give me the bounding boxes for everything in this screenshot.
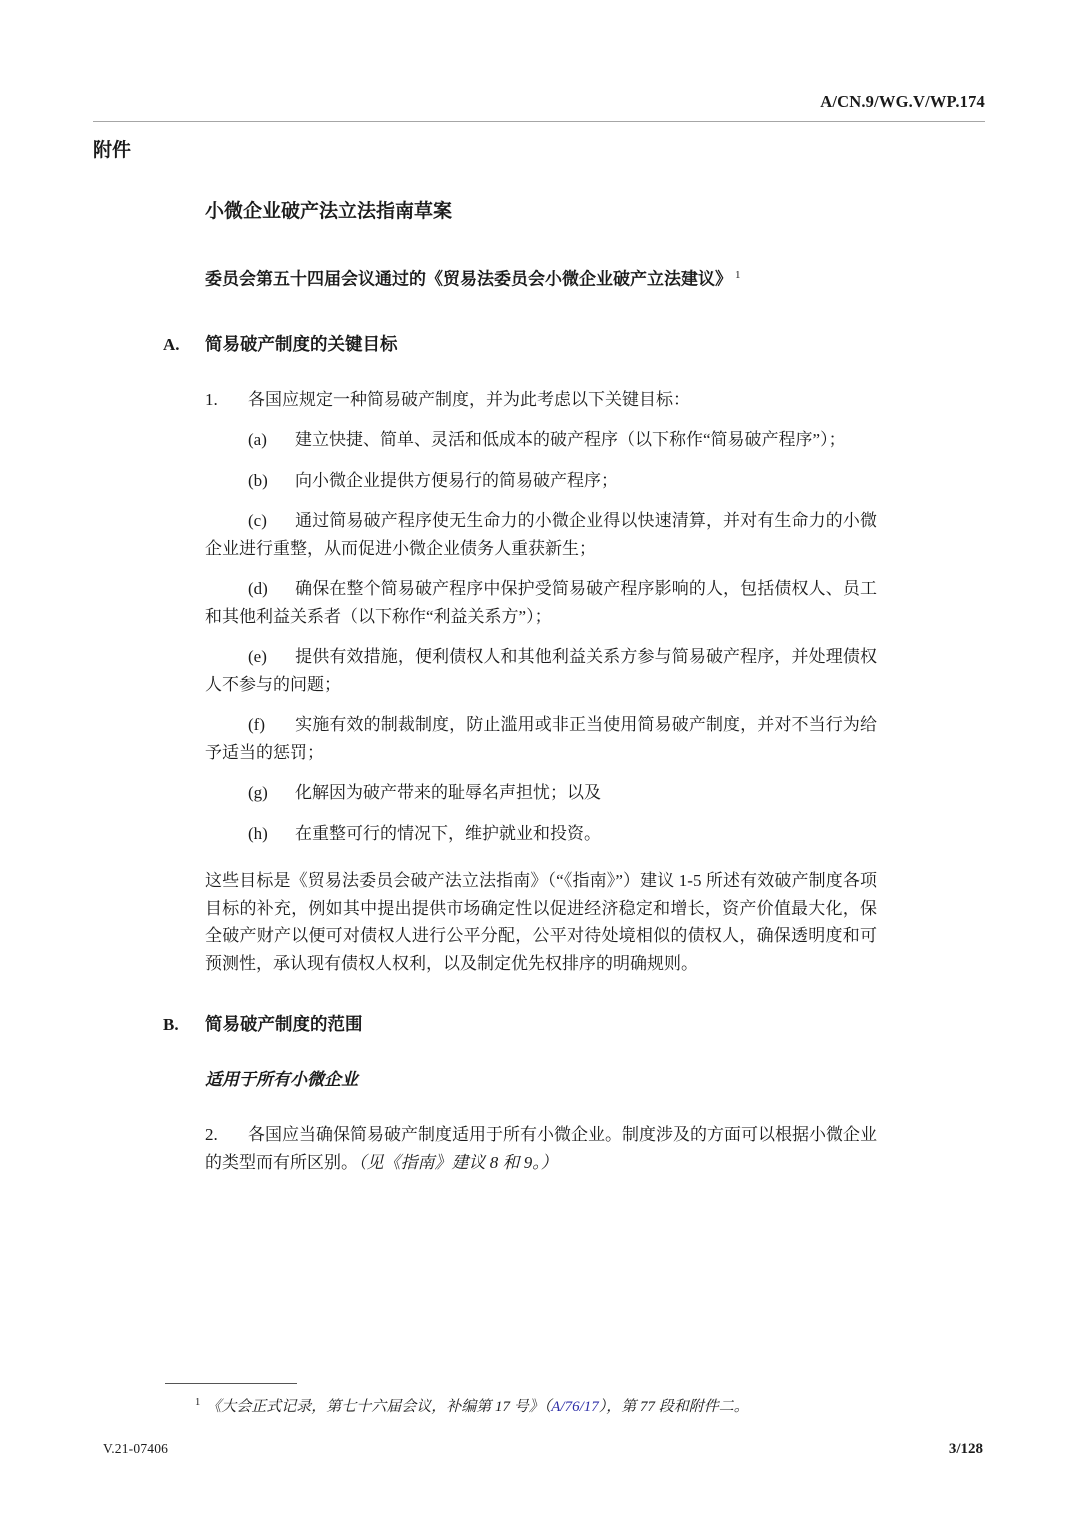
section-a-heading: A.简易破产制度的关键目标 — [205, 333, 877, 356]
footnote-text-after: ），第 77 段和附件二。 — [599, 1399, 749, 1415]
section-a-heading-text: 简易破产制度的关键目标 — [205, 334, 398, 354]
objective-item-b: (b)向小微企业提供方便易行的简易破产程序； — [205, 467, 877, 495]
paragraph-2-number: 2. — [205, 1121, 248, 1149]
objective-item-g: (g)化解因为破产带来的耻辱名声担忧；以及 — [205, 779, 877, 807]
footnote-link-a-76-17[interactable]: A/76/17 — [551, 1399, 599, 1415]
objective-item-a: (a)建立快捷、简单、灵活和低成本的破产程序（以下称作“简易破产程序”）； — [205, 426, 877, 454]
footnote-marker: 1 — [195, 1397, 200, 1408]
item-e-label: (e) — [248, 643, 295, 671]
objective-item-d: (d)确保在整个简易破产程序中保护受简易破产程序影响的人，包括债权人、员工和其他… — [205, 575, 877, 630]
item-b-text: 向小微企业提供方便易行的简易破产程序； — [295, 471, 618, 490]
item-b-label: (b) — [248, 467, 295, 495]
section-a-closing-paragraph: 这些目标是《贸易法委员会破产法立法指南》（“《指南》”）建议 1-5 所述有效破… — [205, 867, 877, 977]
item-d-text: 确保在整个简易破产程序中保护受简易破产程序影响的人，包括债权人、员工和其他利益关… — [205, 579, 877, 626]
objective-item-h: (h)在重整可行的情况下，维护就业和投资。 — [205, 820, 877, 848]
subtitle-text: 委员会第五十四届会议通过的《贸易法委员会小微企业破产立法建议》 — [205, 270, 732, 289]
job-number: V.21-07406 — [103, 1441, 168, 1457]
item-d-label: (d) — [248, 575, 295, 603]
footnote-area: 1《大会正式记录，第七十六届会议，补编第 17 号》（A/76/17），第 77… — [93, 1383, 985, 1417]
section-b-heading-text: 简易破产制度的范围 — [205, 1014, 363, 1034]
objective-item-e: (e)提供有效措施，便利债权人和其他利益关系方参与简易破产程序，并处理债权人不参… — [205, 643, 877, 698]
item-a-label: (a) — [248, 426, 295, 454]
page-number: 3/128 — [949, 1441, 983, 1458]
footnote-reference: 1 — [735, 269, 741, 281]
content-column: 小微企业破产法立法指南草案 委员会第五十四届会议通过的《贸易法委员会小微企业破产… — [205, 200, 877, 1176]
header-rule — [93, 121, 985, 122]
paragraph-1: 1.各国应规定一种简易破产制度，并为此考虑以下关键目标： — [205, 386, 877, 414]
section-a-label: A. — [163, 333, 205, 356]
item-c-text: 通过简易破产程序使无生命力的小微企业得以快速清算，并对有生命力的小微企业进行重整… — [205, 511, 877, 558]
section-b-subheading: 适用于所有小微企业 — [205, 1068, 877, 1091]
doc-symbol: A/CN.9/WG.V/WP.174 — [93, 92, 985, 112]
footnote-text-before: 《大会正式记录，第七十六届会议，补编第 17 号》（ — [206, 1399, 551, 1415]
item-h-text: 在重整可行的情况下，维护就业和投资。 — [295, 824, 601, 843]
paragraph-1-text: 各国应规定一种简易破产制度，并为此考虑以下关键目标： — [248, 390, 690, 409]
paragraph-2: 2.各国应当确保简易破产制度适用于所有小微企业。制度涉及的方面可以根据小微企业的… — [205, 1121, 877, 1176]
item-a-text: 建立快捷、简单、灵活和低成本的破产程序（以下称作“简易破产程序”）； — [295, 430, 846, 449]
item-g-text: 化解因为破产带来的耻辱名声担忧；以及 — [295, 783, 601, 802]
annex-label: 附件 — [93, 135, 985, 162]
section-b-heading: B.简易破产制度的范围 — [205, 1013, 877, 1036]
section-b-label: B. — [163, 1013, 205, 1036]
footnote-separator — [165, 1383, 297, 1384]
paragraph-2-reference: （见《指南》建议 8 和 9。） — [358, 1153, 558, 1172]
item-c-label: (c) — [248, 507, 295, 535]
document-page: A/CN.9/WG.V/WP.174 附件 小微企业破产法立法指南草案 委员会第… — [0, 0, 1080, 1526]
document-title: 小微企业破产法立法指南草案 — [205, 200, 877, 224]
item-f-text: 实施有效的制裁制度，防止滥用或非正当使用简易破产制度，并对不当行为给予适当的惩罚… — [205, 715, 877, 762]
footnote-1: 1《大会正式记录，第七十六届会议，补编第 17 号》（A/76/17），第 77… — [195, 1393, 985, 1417]
item-e-text: 提供有效措施，便利债权人和其他利益关系方参与简易破产程序，并处理债权人不参与的问… — [205, 647, 877, 694]
item-f-label: (f) — [248, 711, 295, 739]
page-footer: V.21-07406 3/128 — [103, 1441, 983, 1458]
item-h-label: (h) — [248, 820, 295, 848]
item-g-label: (g) — [248, 779, 295, 807]
objective-item-f: (f)实施有效的制裁制度，防止滥用或非正当使用简易破产制度，并对不当行为给予适当… — [205, 711, 877, 766]
document-subtitle: 委员会第五十四届会议通过的《贸易法委员会小微企业破产立法建议》1 — [205, 264, 877, 291]
paragraph-1-number: 1. — [205, 386, 248, 414]
objective-item-c: (c)通过简易破产程序使无生命力的小微企业得以快速清算，并对有生命力的小微企业进… — [205, 507, 877, 562]
